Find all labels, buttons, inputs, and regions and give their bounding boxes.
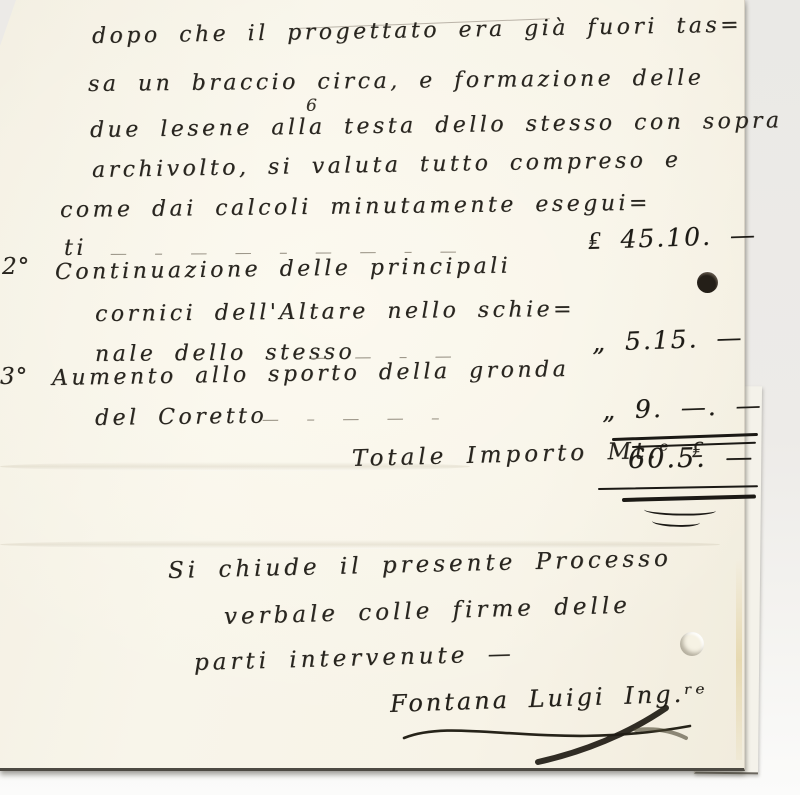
closing-line: verbale colle firme delle bbox=[224, 595, 631, 629]
total-amount: 60.5. — bbox=[628, 444, 755, 473]
manuscript-line: del Coretto bbox=[95, 406, 267, 430]
manuscript-line: archivolto, si valuta tutto compreso e bbox=[92, 150, 682, 182]
manuscript-line: due lesene alla testa dello stesso con s… bbox=[90, 110, 783, 142]
scanned-page: dopo che il progettato era già fuori tas… bbox=[0, 0, 800, 795]
letter-sheet: dopo che il progettato era già fuori tas… bbox=[0, 0, 745, 771]
amount-item-2: „ 5.15. — bbox=[592, 325, 744, 355]
manuscript-line: sa un braccio circa, e formazione delle bbox=[88, 68, 705, 96]
total-rule-bottom-2 bbox=[622, 494, 756, 502]
punch-hole-top bbox=[697, 272, 718, 293]
punch-hole-bottom bbox=[680, 632, 704, 656]
closing-line: parti intervenute — bbox=[194, 643, 515, 675]
manuscript-line: come dai calcoli minutamente esegui= bbox=[60, 193, 651, 222]
total-rule-bottom-4 bbox=[652, 516, 700, 528]
manuscript-line: Continuazione delle principali bbox=[55, 256, 512, 284]
manuscript-line: ti bbox=[64, 238, 87, 260]
paper-edge-tint bbox=[736, 560, 742, 760]
manuscript-line: cornici dell'Altare nello schie= bbox=[95, 299, 575, 326]
insertion-mark: 6 bbox=[306, 98, 320, 115]
closing-line: Si chiude il presente Processo bbox=[168, 548, 672, 583]
item-number: 3° bbox=[0, 366, 28, 389]
leader-dashes: — – — — – bbox=[262, 410, 447, 429]
manuscript-line: dopo che il progettato era già fuori tas… bbox=[92, 15, 742, 48]
signature-flourish bbox=[398, 700, 698, 766]
amount-item-3: „ 9. —. — bbox=[602, 392, 763, 423]
corner-cut bbox=[0, 0, 16, 46]
amount-item-1: ₤ 45.10. — bbox=[588, 222, 758, 253]
item-number: 2° bbox=[2, 256, 30, 279]
total-rule-bottom-1 bbox=[598, 485, 758, 490]
total-rule-bottom-3 bbox=[644, 504, 716, 516]
